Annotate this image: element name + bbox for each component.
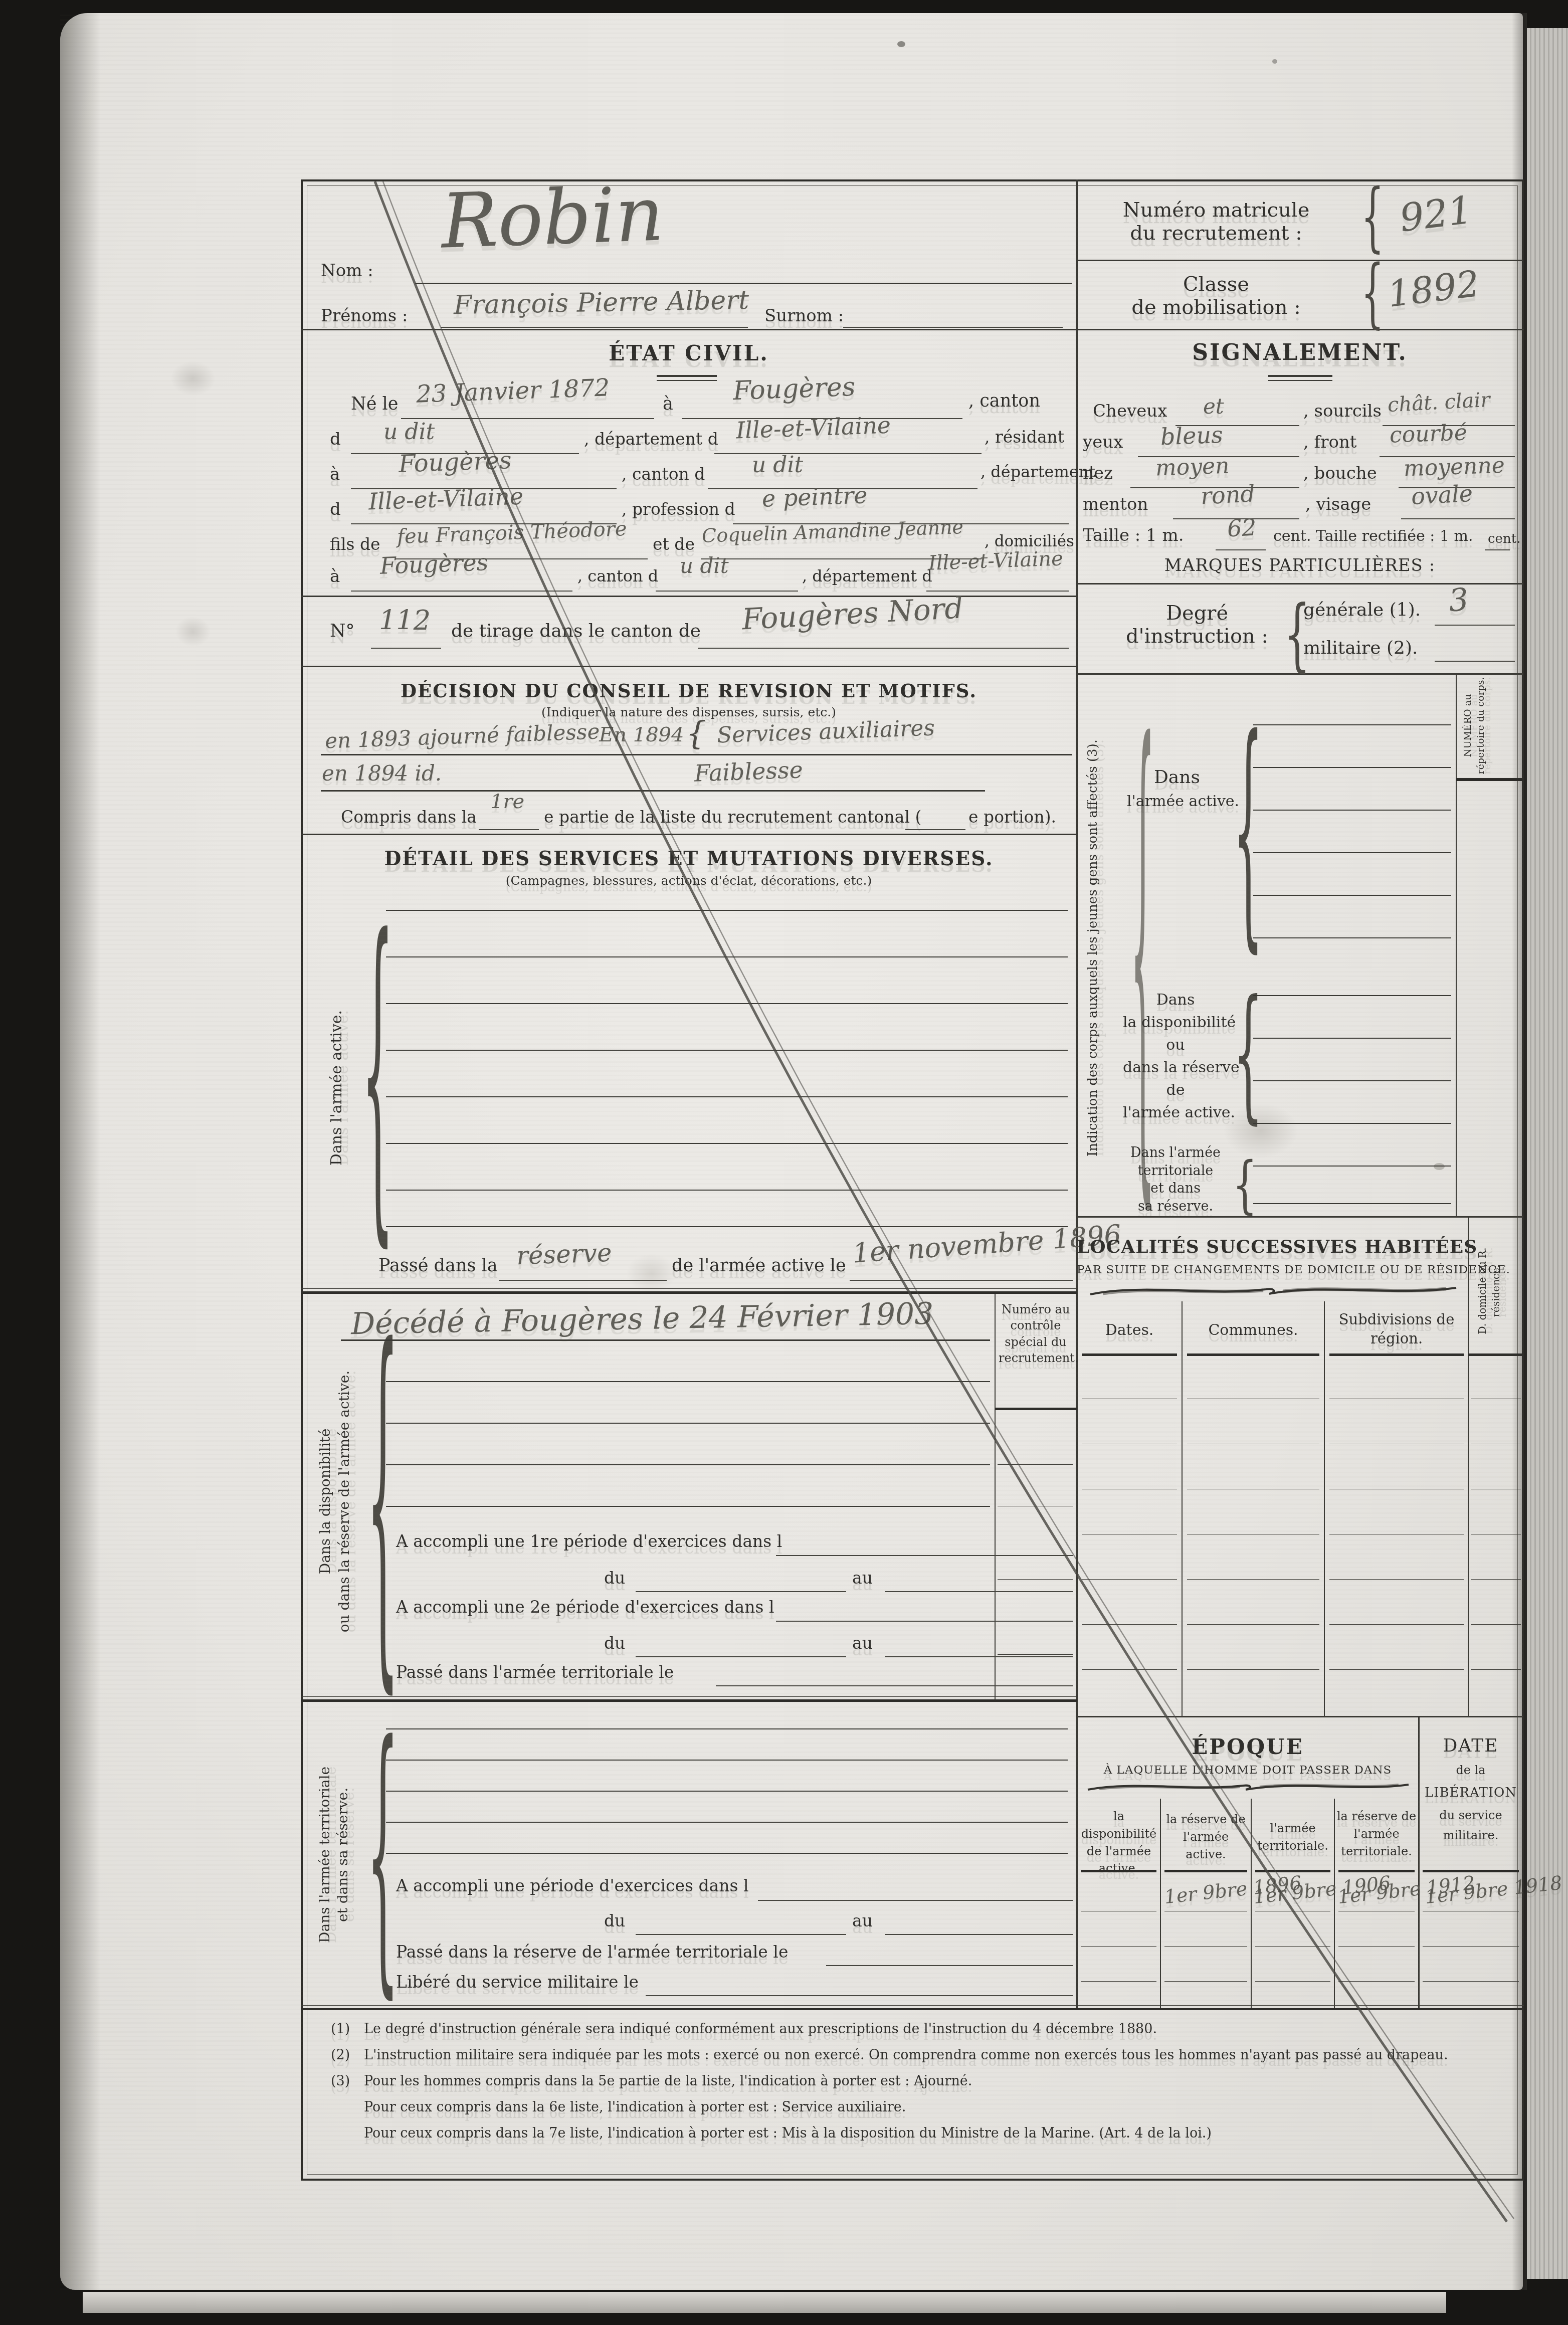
register-scan-scene: Nom : Robin Prénoms : François Pierre Al… xyxy=(0,0,1568,2325)
diagonal-pen-stroke xyxy=(0,0,1568,2325)
